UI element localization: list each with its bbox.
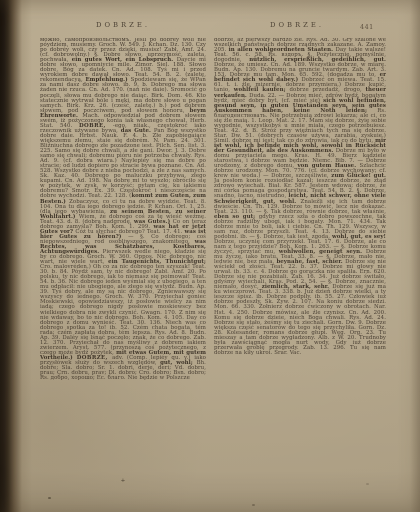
- text-segment: Pan Bóg wszystko dobre daie. Hrbst. Nauk…: [40, 128, 206, 200]
- running-head-right: DOBRZE.: [214, 22, 380, 29]
- text-segment: Dobrze, że umiesz. Cn. Ad. 189. Wszystko…: [214, 62, 386, 78]
- text-segment: Spodziewam się, że WPan za nami dasz dob…: [40, 77, 206, 113]
- text-column-right: dobrze, aż pierwszy bardzo źle. Rys. Ad.…: [214, 38, 386, 476]
- text-column-left: можно, самопроизвольствомъ. Jeśli po dob…: [40, 38, 206, 476]
- text-segment: Cro. malovréden.) Oh co za nic dobrego t…: [40, 264, 206, 356]
- binding-shadow: [0, 0, 32, 512]
- page-right-edge: [410, 0, 420, 512]
- page-number: 441: [360, 23, 374, 31]
- text-segment: Dobrze się już ma ku wieczorowi. Teat. 3…: [214, 284, 386, 356]
- footnote-mark: +: [40, 478, 206, 484]
- running-head-left: DOBRZE.: [40, 22, 206, 29]
- scanned-page: DOBRZE. DOBRZE. 441 можно, самопроизволь…: [0, 0, 420, 512]
- text-segment: Rs. благоденствовать. Nie potrzebuią zdr…: [214, 108, 386, 144]
